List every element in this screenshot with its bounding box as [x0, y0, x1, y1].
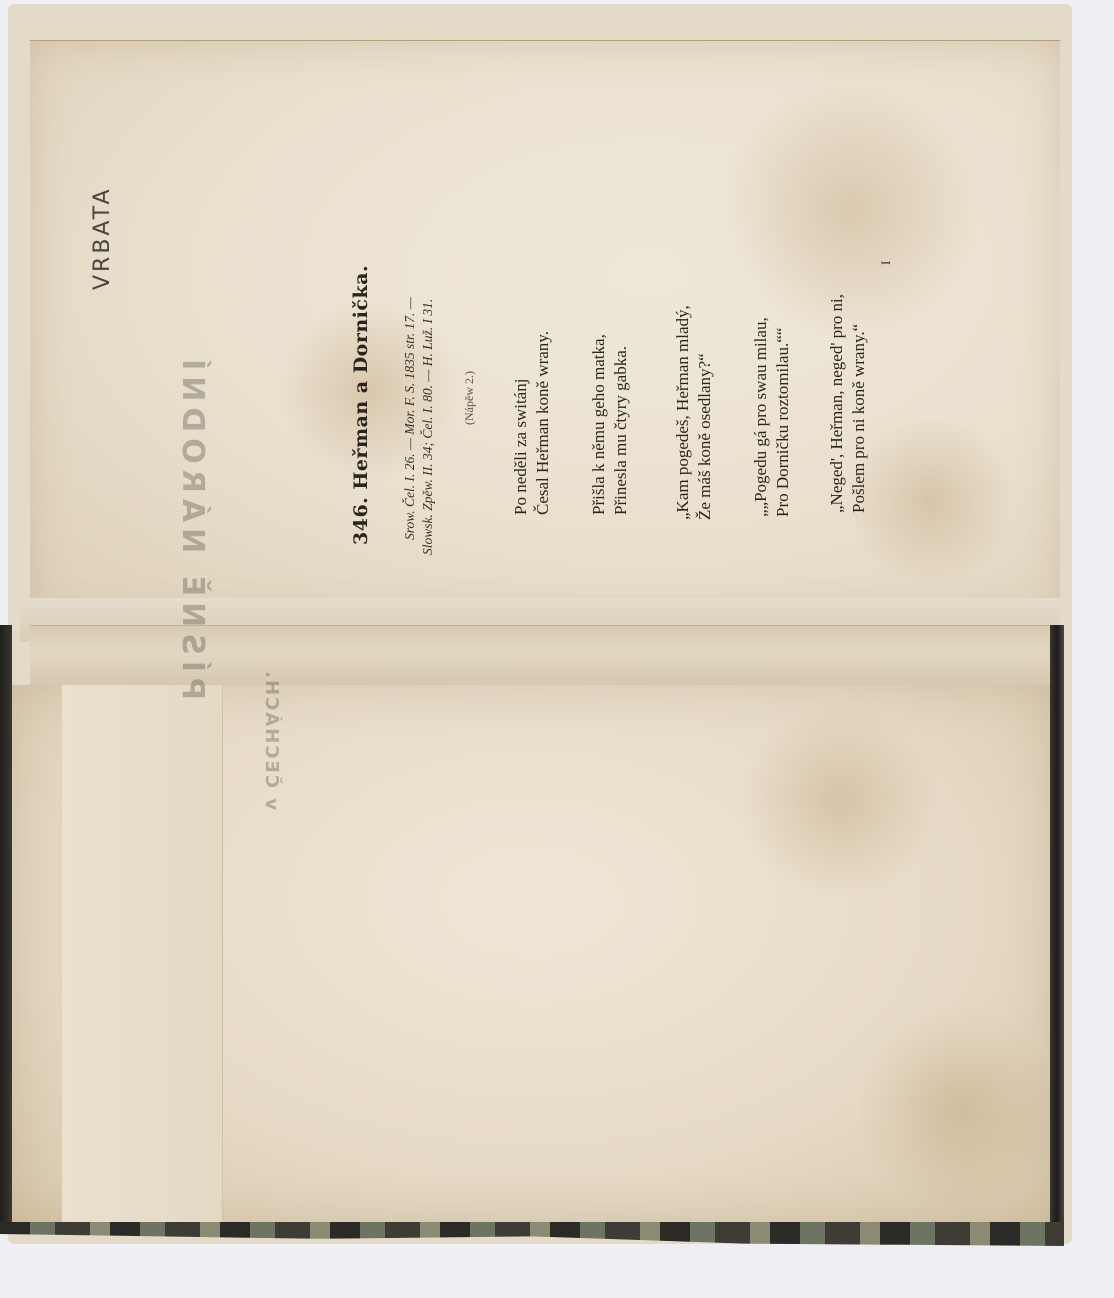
stanza-3: „Kam pogedeš, Heřman mladý, Že máš koně …	[672, 305, 716, 520]
signature-mark: I	[878, 261, 894, 265]
verse-line: Po neděli za switánj	[510, 331, 532, 515]
bleed-through-title: PÍSNĚ NÁRODNÍ	[175, 353, 210, 700]
bleed-through-subtitle: v ČECHÁCH.	[261, 669, 282, 810]
stanza-4: „„Pogedu gá pro swau milau, Pro Dorničku…	[750, 317, 794, 517]
reference-line-2: Slowsk. Zpěw. II. 34; Čel. I. 80. — H. L…	[420, 299, 436, 555]
verse-line: Pošlem pro ni koně wrany.“	[848, 294, 870, 513]
stanza-5: „Neged', Heřman, neged' pro ni, Pošlem p…	[826, 294, 870, 513]
water-stain	[860, 1000, 1060, 1220]
verse-line: Že máš koně osedlany?“	[694, 305, 716, 520]
verse-line: Přinesla mu čtyry gabka.	[610, 334, 632, 515]
tune-note: (Nápěw 2.)	[462, 371, 477, 425]
cover-edge	[1050, 625, 1064, 1230]
verse-line: Přišla k němu geho matka,	[588, 334, 610, 515]
verse-line: „„Pogedu gá pro swau milau,	[750, 317, 772, 517]
reference-line-1: Srow. Čel. I. 26. — Mor. F. S. 1835 str.…	[402, 297, 418, 540]
verse-line: Pro Dorničku roztomilau.““	[772, 317, 794, 517]
flyleaf-flap	[62, 685, 223, 1225]
stanza-1: Po neděli za switánj Česal Heřman koně w…	[510, 331, 554, 515]
water-stain	[740, 700, 940, 900]
verse-line: Česal Heřman koně wrany.	[532, 331, 554, 515]
verse-line: „Neged', Heřman, neged' pro ni,	[826, 294, 848, 513]
song-title: 346. Heřman a Dornička.	[350, 265, 372, 545]
verse-line: „Kam pogedeš, Heřman mladý,	[672, 305, 694, 520]
book-scan: VRBATA 346. Heřman a Dornička. Srow. Čel…	[0, 0, 1114, 1298]
owner-stamp: VRBATA	[90, 186, 115, 290]
cover-edge	[0, 625, 12, 1230]
stanza-2: Přišla k němu geho matka, Přinesla mu čt…	[588, 334, 632, 515]
